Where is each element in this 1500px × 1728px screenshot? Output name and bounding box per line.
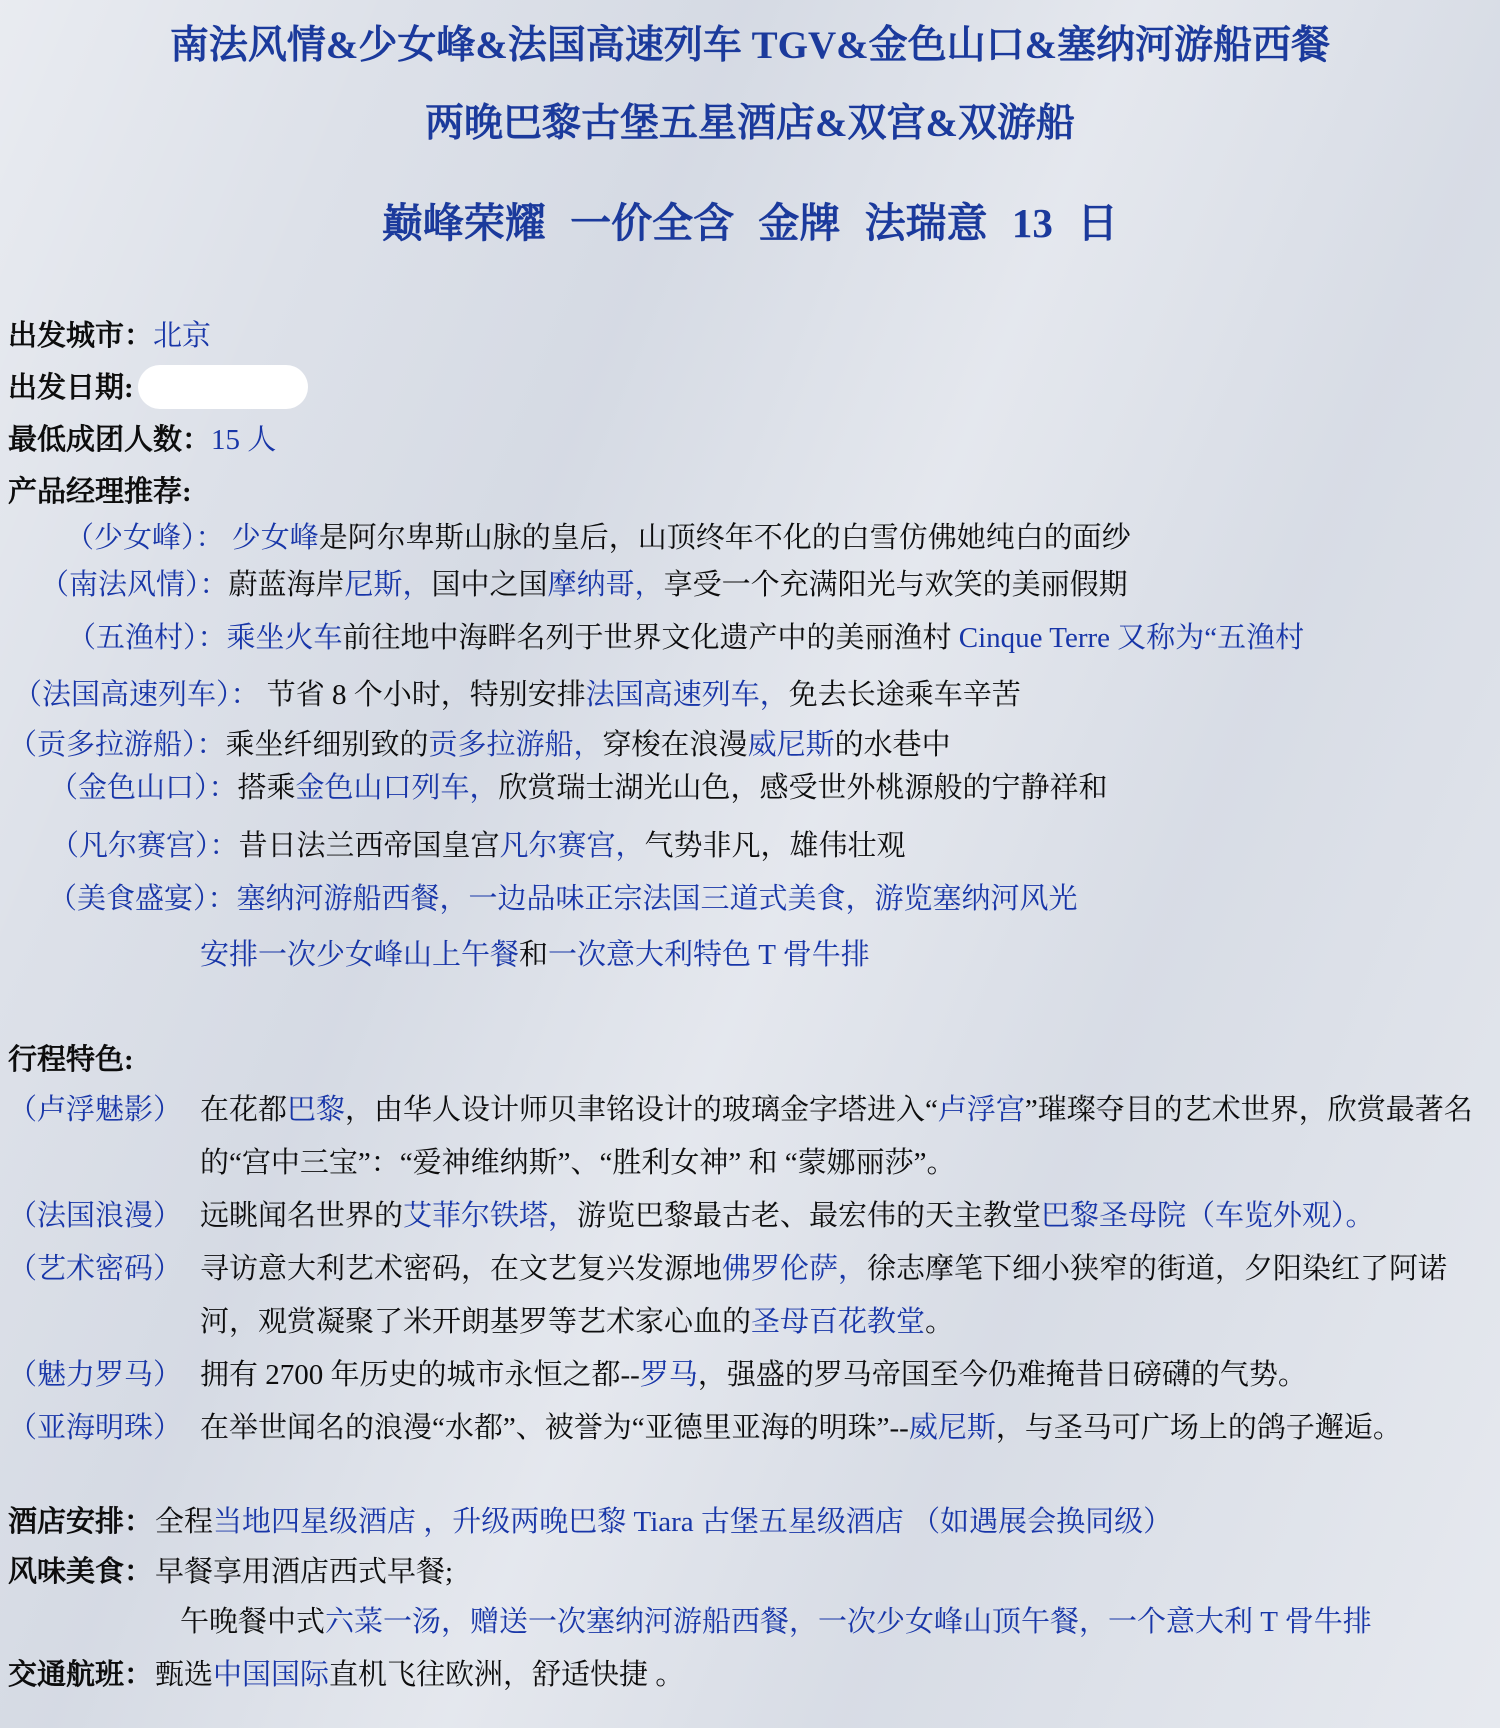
footer-row: 风味美食：早餐享用酒店西式早餐;午晚餐中式六菜一汤，赠送一次塞纳河游船西餐，一次…: [8, 1547, 1500, 1647]
meta-label: 最低成团人数：: [8, 424, 211, 456]
feature-description: 在花都巴黎，由华人设计师贝聿铭设计的玻璃金字塔进入“卢浮宫”璀璨夺目的艺术世界，…: [200, 1084, 1500, 1190]
text-segment: （五渔村）：乘坐火车: [67, 622, 343, 654]
meta-label: 出发城市：: [8, 320, 153, 352]
text-segment: 威尼斯: [909, 1412, 996, 1444]
text-segment: 。: [925, 1306, 954, 1338]
feature-label: （卢浮魅影）: [8, 1084, 200, 1137]
text-segment: Cinque Terre 又称为“五渔村: [959, 622, 1304, 654]
footer-label: 风味美食：: [8, 1547, 155, 1597]
redacted-date-box: [138, 365, 308, 409]
footer-line: 午晚餐中式六菜一汤，赠送一次塞纳河游船西餐，一次少女峰山顶午餐，一个意大利 T …: [155, 1597, 1500, 1647]
feature-description: 远眺闻名世界的艾菲尔铁塔，游览巴黎最古老、最宏伟的天主教堂巴黎圣母院（车览外观）…: [200, 1190, 1500, 1243]
footer-section: 酒店安排：全程当地四星级酒店 ，升级两晚巴黎 Tiara 古堡五星级酒店 （如遇…: [8, 1497, 1500, 1700]
recommend-item: （凡尔赛宫）：昔日法兰西帝国皇宫凡尔赛宫，气势非凡，雄伟壮观: [8, 826, 1496, 866]
feature-description: 寻访意大利艺术密码，在文艺复兴发源地佛罗伦萨，徐志摩笔下细小狭窄的街道，夕阳染红…: [200, 1243, 1500, 1349]
text-segment: 法国高速列车，: [586, 679, 789, 711]
text-segment: 甄选: [155, 1659, 213, 1691]
text-segment: 是阿尔卑斯山脉的皇后，山顶终年不化的白雪仿佛她纯白的面纱: [319, 522, 1131, 554]
feature-label: （亚海明珠）: [8, 1402, 200, 1455]
text-segment: 远眺闻名世界的: [200, 1200, 403, 1232]
text-segment: 金色山口列车，: [296, 772, 499, 804]
text-segment: 全程: [155, 1506, 213, 1538]
feature-item: （亚海明珠）在举世闻名的浪漫“水都”、被誉为“亚德里亚海的明珠”--威尼斯，与圣…: [8, 1402, 1500, 1455]
text-segment: 早餐享用酒店西式早餐;: [155, 1556, 453, 1588]
text-segment: ，由华人设计师贝聿铭设计的玻璃金字塔进入“: [345, 1094, 938, 1126]
text-segment: 欣赏瑞士湖光山色，感受世外桃源般的宁静祥和: [499, 772, 1108, 804]
text-segment: 安排一次少女峰山上午餐: [200, 939, 519, 971]
text-segment: 免去长途乘车辛苦: [789, 679, 1021, 711]
recommend-section: 产品经理推荐: （少女峰）： 少女峰是阿尔卑斯山脉的皇后，山顶终年不化的白雪仿佛…: [8, 472, 1496, 975]
feature-item: （卢浮魅影）在花都巴黎，由华人设计师贝聿铭设计的玻璃金字塔进入“卢浮宫”璀璨夺目…: [8, 1084, 1500, 1190]
text-segment: 中国国际: [213, 1659, 329, 1691]
text-segment: 节省 8 个小时，特别安排: [267, 679, 586, 711]
text-segment: 巴黎: [287, 1094, 345, 1126]
recommend-items: （少女峰）： 少女峰是阿尔卑斯山脉的皇后，山顶终年不化的白雪仿佛她纯白的面纱（南…: [8, 518, 1496, 975]
meta-row: 出发日期:: [8, 362, 1492, 414]
recommend-item: （美食盛宴）：塞纳河游船西餐，一边品味正宗法国三道式美食，游览塞纳河风光: [8, 879, 1496, 919]
footer-description: 全程当地四星级酒店 ，升级两晚巴黎 Tiara 古堡五星级酒店 （如遇展会换同级…: [155, 1497, 1500, 1547]
recommend-item: （法国高速列车）： 节省 8 个小时，特别安排法国高速列车，免去长途乘车辛苦: [8, 675, 1496, 715]
footer-line: 全程当地四星级酒店 ，升级两晚巴黎 Tiara 古堡五星级酒店 （如遇展会换同级…: [155, 1497, 1500, 1547]
document-title-line-2: 两晚巴黎古堡五星酒店&双宫&双游船: [0, 92, 1500, 148]
feature-description: 在举世闻名的浪漫“水都”、被誉为“亚德里亚海的明珠”--威尼斯，与圣马可广场上的…: [200, 1402, 1500, 1455]
text-segment: 国中之国: [432, 569, 548, 601]
feature-item: （魅力罗马）拥有 2700 年历史的城市永恒之都--罗马，强盛的罗马帝国至今仍难…: [8, 1349, 1500, 1402]
text-segment: ，与圣马可广场上的鸽子邂逅。: [996, 1412, 1402, 1444]
footer-label: 酒店安排：: [8, 1497, 155, 1547]
text-segment: 尼斯，: [345, 569, 432, 601]
recommend-heading: 产品经理推荐:: [8, 472, 1496, 512]
text-segment: 拥有 2700 年历史的城市永恒之都--: [200, 1359, 640, 1391]
text-segment: 搭乘: [238, 772, 296, 804]
text-segment: 气势非凡，雄伟壮观: [645, 830, 906, 862]
text-segment: 乘坐纤细别致的: [226, 729, 429, 761]
recommend-item: （金色山口）：搭乘金色山口列车，欣赏瑞士湖光山色，感受世外桃源般的宁静祥和: [8, 768, 1496, 808]
text-segment: 直机飞往欧洲，舒适快捷 。: [329, 1659, 684, 1691]
document-title-line-3: 巅峰荣耀 一价全含 金牌 法瑞意 13 日: [0, 190, 1500, 249]
feature-items: （卢浮魅影）在花都巴黎，由华人设计师贝聿铭设计的玻璃金字塔进入“卢浮宫”璀璨夺目…: [8, 1084, 1500, 1455]
footer-label: 交通航班：: [8, 1650, 155, 1700]
text-segment: 罗马: [640, 1359, 698, 1391]
text-segment: 享受一个充满阳光与欢笑的美丽假期: [664, 569, 1128, 601]
text-segment: 寻访意大利艺术密码，在文艺复兴发源地: [200, 1253, 722, 1285]
text-segment: 游览巴黎最古老、最宏伟的天主教堂: [577, 1200, 1041, 1232]
recommend-item: 安排一次少女峰山上午餐和一次意大利特色 T 骨牛排: [8, 935, 1496, 975]
feature-description: 拥有 2700 年历史的城市永恒之都--罗马，强盛的罗马帝国至今仍难掩昔日磅礴的…: [200, 1349, 1500, 1402]
text-segment: 佛罗伦萨，: [722, 1253, 867, 1285]
footer-row: 酒店安排：全程当地四星级酒店 ，升级两晚巴黎 Tiara 古堡五星级酒店 （如遇…: [8, 1497, 1500, 1547]
text-segment: 当地四星级酒店 ，升级两晚巴黎 Tiara 古堡五星级酒店 （如遇展会换同级）: [213, 1506, 1172, 1538]
feature-item: （法国浪漫）远眺闻名世界的艾菲尔铁塔，游览巴黎最古老、最宏伟的天主教堂巴黎圣母院…: [8, 1190, 1500, 1243]
meta-row: 最低成团人数：15 人: [8, 414, 1492, 466]
meta-value: 北京: [153, 320, 211, 352]
text-segment: 艾菲尔铁塔，: [403, 1200, 577, 1232]
footer-description: 早餐享用酒店西式早餐;午晚餐中式六菜一汤，赠送一次塞纳河游船西餐，一次少女峰山顶…: [155, 1547, 1500, 1647]
text-segment: 昔日法兰西帝国皇宫: [239, 830, 500, 862]
meta-value: 15 人: [211, 424, 276, 456]
text-segment: 前往地中海畔名列于世界文化遗产中的美丽渔村: [343, 622, 959, 654]
text-segment: （南法风情）：: [40, 569, 229, 601]
text-segment: 巴黎圣母院（车览外观）。: [1041, 1200, 1375, 1232]
recommend-item: （五渔村）：乘坐火车前往地中海畔名列于世界文化遗产中的美丽渔村 Cinque T…: [8, 618, 1496, 658]
text-segment: （美食盛宴）：塞纳河游船西餐，一边品味正宗法国三道式美食，游览塞纳河风光: [48, 883, 1078, 915]
text-segment: 午晚餐中式: [180, 1606, 325, 1638]
text-segment: （法国高速列车）：: [13, 679, 267, 711]
feature-label: （魅力罗马）: [8, 1349, 200, 1402]
meta-info-block: 出发城市：北京出发日期:最低成团人数：15 人: [8, 310, 1492, 466]
document-title-line-1: 南法风情&少女峰&法国高速列车 TGV&金色山口&塞纳河游船西餐: [0, 14, 1500, 70]
recommend-item: （南法风情）：蔚蓝海岸尼斯，国中之国摩纳哥，享受一个充满阳光与欢笑的美丽假期: [8, 565, 1496, 605]
text-segment: 在举世闻名的浪漫“水都”、被誉为“亚德里亚海的明珠”--: [200, 1412, 909, 1444]
recommend-item: （贡多拉游船）：乘坐纤细别致的贡多拉游船，穿梭在浪漫威尼斯的水巷中: [8, 725, 1496, 765]
meta-label: 出发日期:: [8, 372, 134, 404]
footer-row: 交通航班：甄选中国国际直机飞往欧洲，舒适快捷 。: [8, 1650, 1500, 1700]
footer-line: 甄选中国国际直机飞往欧洲，舒适快捷 。: [155, 1650, 1500, 1700]
features-section: 行程特色: （卢浮魅影）在花都巴黎，由华人设计师贝聿铭设计的玻璃金字塔进入“卢浮…: [8, 1037, 1500, 1455]
feature-label: （艺术密码）: [8, 1243, 200, 1296]
text-segment: （金色山口）：: [49, 772, 238, 804]
text-segment: 威尼斯: [748, 729, 835, 761]
recommend-item: （少女峰）： 少女峰是阿尔卑斯山脉的皇后，山顶终年不化的白雪仿佛她纯白的面纱: [8, 518, 1496, 558]
text-segment: 六菜一汤，赠送一次塞纳河游船西餐，一次少女峰山顶午餐，一个意大利 T 骨牛排: [325, 1606, 1372, 1638]
text-segment: 蔚蓝海岸: [229, 569, 345, 601]
text-segment: （少女峰）： 少女峰: [65, 522, 319, 554]
text-segment: 一次意大利特色 T 骨牛排: [548, 939, 870, 971]
text-segment: 在花都: [200, 1094, 287, 1126]
text-segment: （贡多拉游船）：: [8, 729, 226, 761]
text-segment: （凡尔赛宫）：: [50, 830, 239, 862]
text-segment: 和: [519, 939, 548, 971]
text-segment: 的水巷中: [835, 729, 951, 761]
text-segment: 穿梭在浪漫: [603, 729, 748, 761]
text-segment: 圣母百花教堂: [751, 1306, 925, 1338]
meta-row: 出发城市：北京: [8, 310, 1492, 362]
footer-description: 甄选中国国际直机飞往欧洲，舒适快捷 。: [155, 1650, 1500, 1700]
tour-itinerary-document: 南法风情&少女峰&法国高速列车 TGV&金色山口&塞纳河游船西餐 两晚巴黎古堡五…: [0, 0, 1500, 1728]
text-segment: 凡尔赛宫，: [500, 830, 645, 862]
feature-item: （艺术密码）寻访意大利艺术密码，在文艺复兴发源地佛罗伦萨，徐志摩笔下细小狭窄的街…: [8, 1243, 1500, 1349]
text-segment: ，强盛的罗马帝国至今仍难掩昔日磅礴的气势。: [698, 1359, 1307, 1391]
text-segment: 摩纳哥，: [548, 569, 664, 601]
text-segment: 贡多拉游船，: [429, 729, 603, 761]
feature-label: （法国浪漫）: [8, 1190, 200, 1243]
text-segment: 卢浮宫: [938, 1094, 1025, 1126]
footer-line: 早餐享用酒店西式早餐;: [155, 1547, 1500, 1597]
features-heading: 行程特色:: [8, 1037, 1500, 1084]
